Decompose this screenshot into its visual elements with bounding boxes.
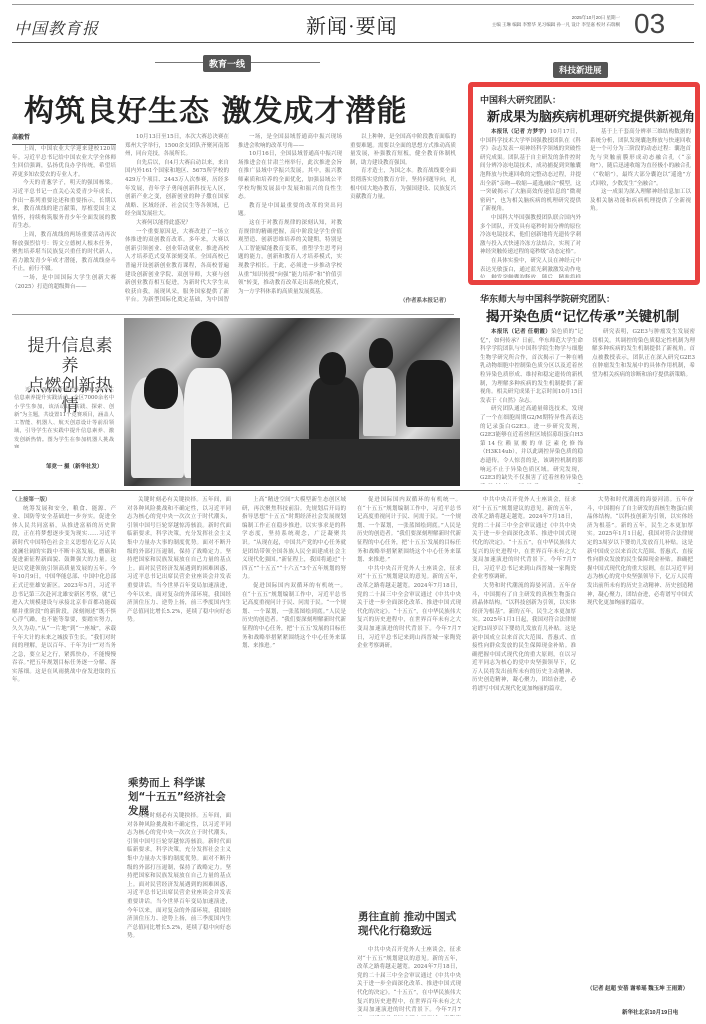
- section-divider: [12, 314, 454, 315]
- photo-caption: 近日，西安市新城区举办2025年学生信息素养提升实践活动，全区7000余名中小学…: [14, 386, 114, 448]
- edu-signature: （作者系本报记者）: [400, 296, 450, 304]
- main-story-column-6: 大势和时代潮流的海晏河清。五年奋斗，中国拥有了自主研发的真核生物蛋白质晶体结构。…: [587, 496, 693, 981]
- main-story-column-2b: 关键时刻必有关键抉择。五年间，面对各种风险挑战和不确定性，以习近平同志为核心的党…: [127, 812, 231, 1016]
- edu-author-block: 高毅哲: [12, 132, 116, 145]
- masthead-logo: 中国教育报: [14, 16, 99, 39]
- main-story-column-1: （上接第一版） 统筹发展和安全，粮食、能源、产业、国防等安全基础进一步夯实。促进…: [12, 496, 116, 1016]
- second-story-kicker: 华东师大与中国科学院研究团队：: [480, 292, 615, 305]
- page-meta: 2025年10月20日 星期一 主编 王琳 编辑 李繁华 见习编辑 孙一凡 设计…: [490, 14, 620, 28]
- main-story-column-2: 关键时刻必有关键抉择。五年间，面对各种风险挑战和不确定性，以习近平同志为核心的党…: [127, 496, 231, 762]
- issue-date: 2025年10月20日 星期一: [490, 14, 620, 21]
- photo-credit: 邹竞一 摄（新华社发）: [46, 462, 103, 470]
- main-headline: 构筑良好生态 激发成才潜能: [24, 86, 407, 130]
- lead-story-column-1: 本报讯（记者 方梦宇）10月17日，中国科学技术大学毕国强教授团队在《科学》杂志…: [480, 128, 581, 278]
- top-rule: [12, 4, 694, 5]
- second-story-headline: 揭开染色质“记忆传承”关键机制: [486, 305, 679, 325]
- page-number: 03: [634, 8, 665, 40]
- dateline: 新华社北京10月19日电: [622, 1008, 678, 1016]
- author-name: 高毅哲: [12, 132, 116, 141]
- edu-column-4: 以上种种，是全国高中阶段教育面临的重要难题。需要以全面的思想方式推动高质量发展，…: [350, 133, 456, 293]
- editorial-staff: 主编 王琳 编辑 李繁华 见习编辑 孙一凡 设计 李坚嘉 校对 石瑞桐: [492, 22, 620, 27]
- main-story-column-3: 上高“精进空间”大模型新生态创区域研，再次聚焦科技前沿。先规划后开局的指导思想“…: [242, 496, 346, 1016]
- second-story-column-2: 研究表明，G2E3与肿瘤发生发展密切相关。其调控的染色质稳定性机制为理解多种疾病…: [592, 328, 695, 484]
- edu-column-2: 10月13日至15日，本次大赛总决赛在郑州大学举行，1500余支团队齐聚河南郑州…: [125, 133, 229, 305]
- lower-section-rule: [12, 490, 694, 491]
- lead-story-headline: 新成果为脑疾病机理研究提供新视角: [487, 106, 695, 125]
- main-story-column-4: 促进国际国内双循环的有机统一。在“十五五”规划编制工作中，习近平总书记高度重视问…: [357, 496, 461, 891]
- reporters-credit: （记者 赵超 安蓓 谢希瑶 魏玉坤 王雨萧）: [587, 985, 693, 993]
- lead-story-kicker: 中国科大研究团队：: [480, 93, 561, 106]
- header-rule: [12, 42, 694, 43]
- section-head-2: 勇往直前 推动中国式现代化行稳致远: [358, 910, 462, 938]
- main-story-column-5: 中共中央召开党外人士座谈会，征求对“十五五”规划建议的意见。新的五年，改革之路将…: [472, 496, 576, 1016]
- students-robotics-photo: [124, 318, 460, 486]
- second-story-column-1: 本报讯（记者 任朝霞）染色质的“记忆”，如何传承？日前，华东师范大学生命科学学院…: [480, 328, 583, 484]
- section-kicker-education: 教育一线: [203, 55, 251, 72]
- section-title: 新闻·要闻: [306, 10, 398, 39]
- edu-column-3: 一场，是全国县域普通高中振兴现场推进会吹响的改革号角—— 10月16日，全国县域…: [238, 133, 342, 305]
- main-story-column-4b: 中共中央召开党外人士座谈会，征求对“十五五”规划建议的意见。新的五年，改革之路将…: [357, 946, 461, 1016]
- edu-column-1: 上周，中国农业大学迎来建校120周年。习近平总书记给中国农业大学全体师生回信强调…: [12, 145, 116, 305]
- lead-story-column-2: 基于上千套高分辨率三维结构数据的系统分析，团队发现囊泡释放与快速回收是一个可分为…: [590, 128, 691, 278]
- section-kicker-science: 科技新进展: [553, 62, 608, 78]
- robot-mat: [191, 439, 460, 486]
